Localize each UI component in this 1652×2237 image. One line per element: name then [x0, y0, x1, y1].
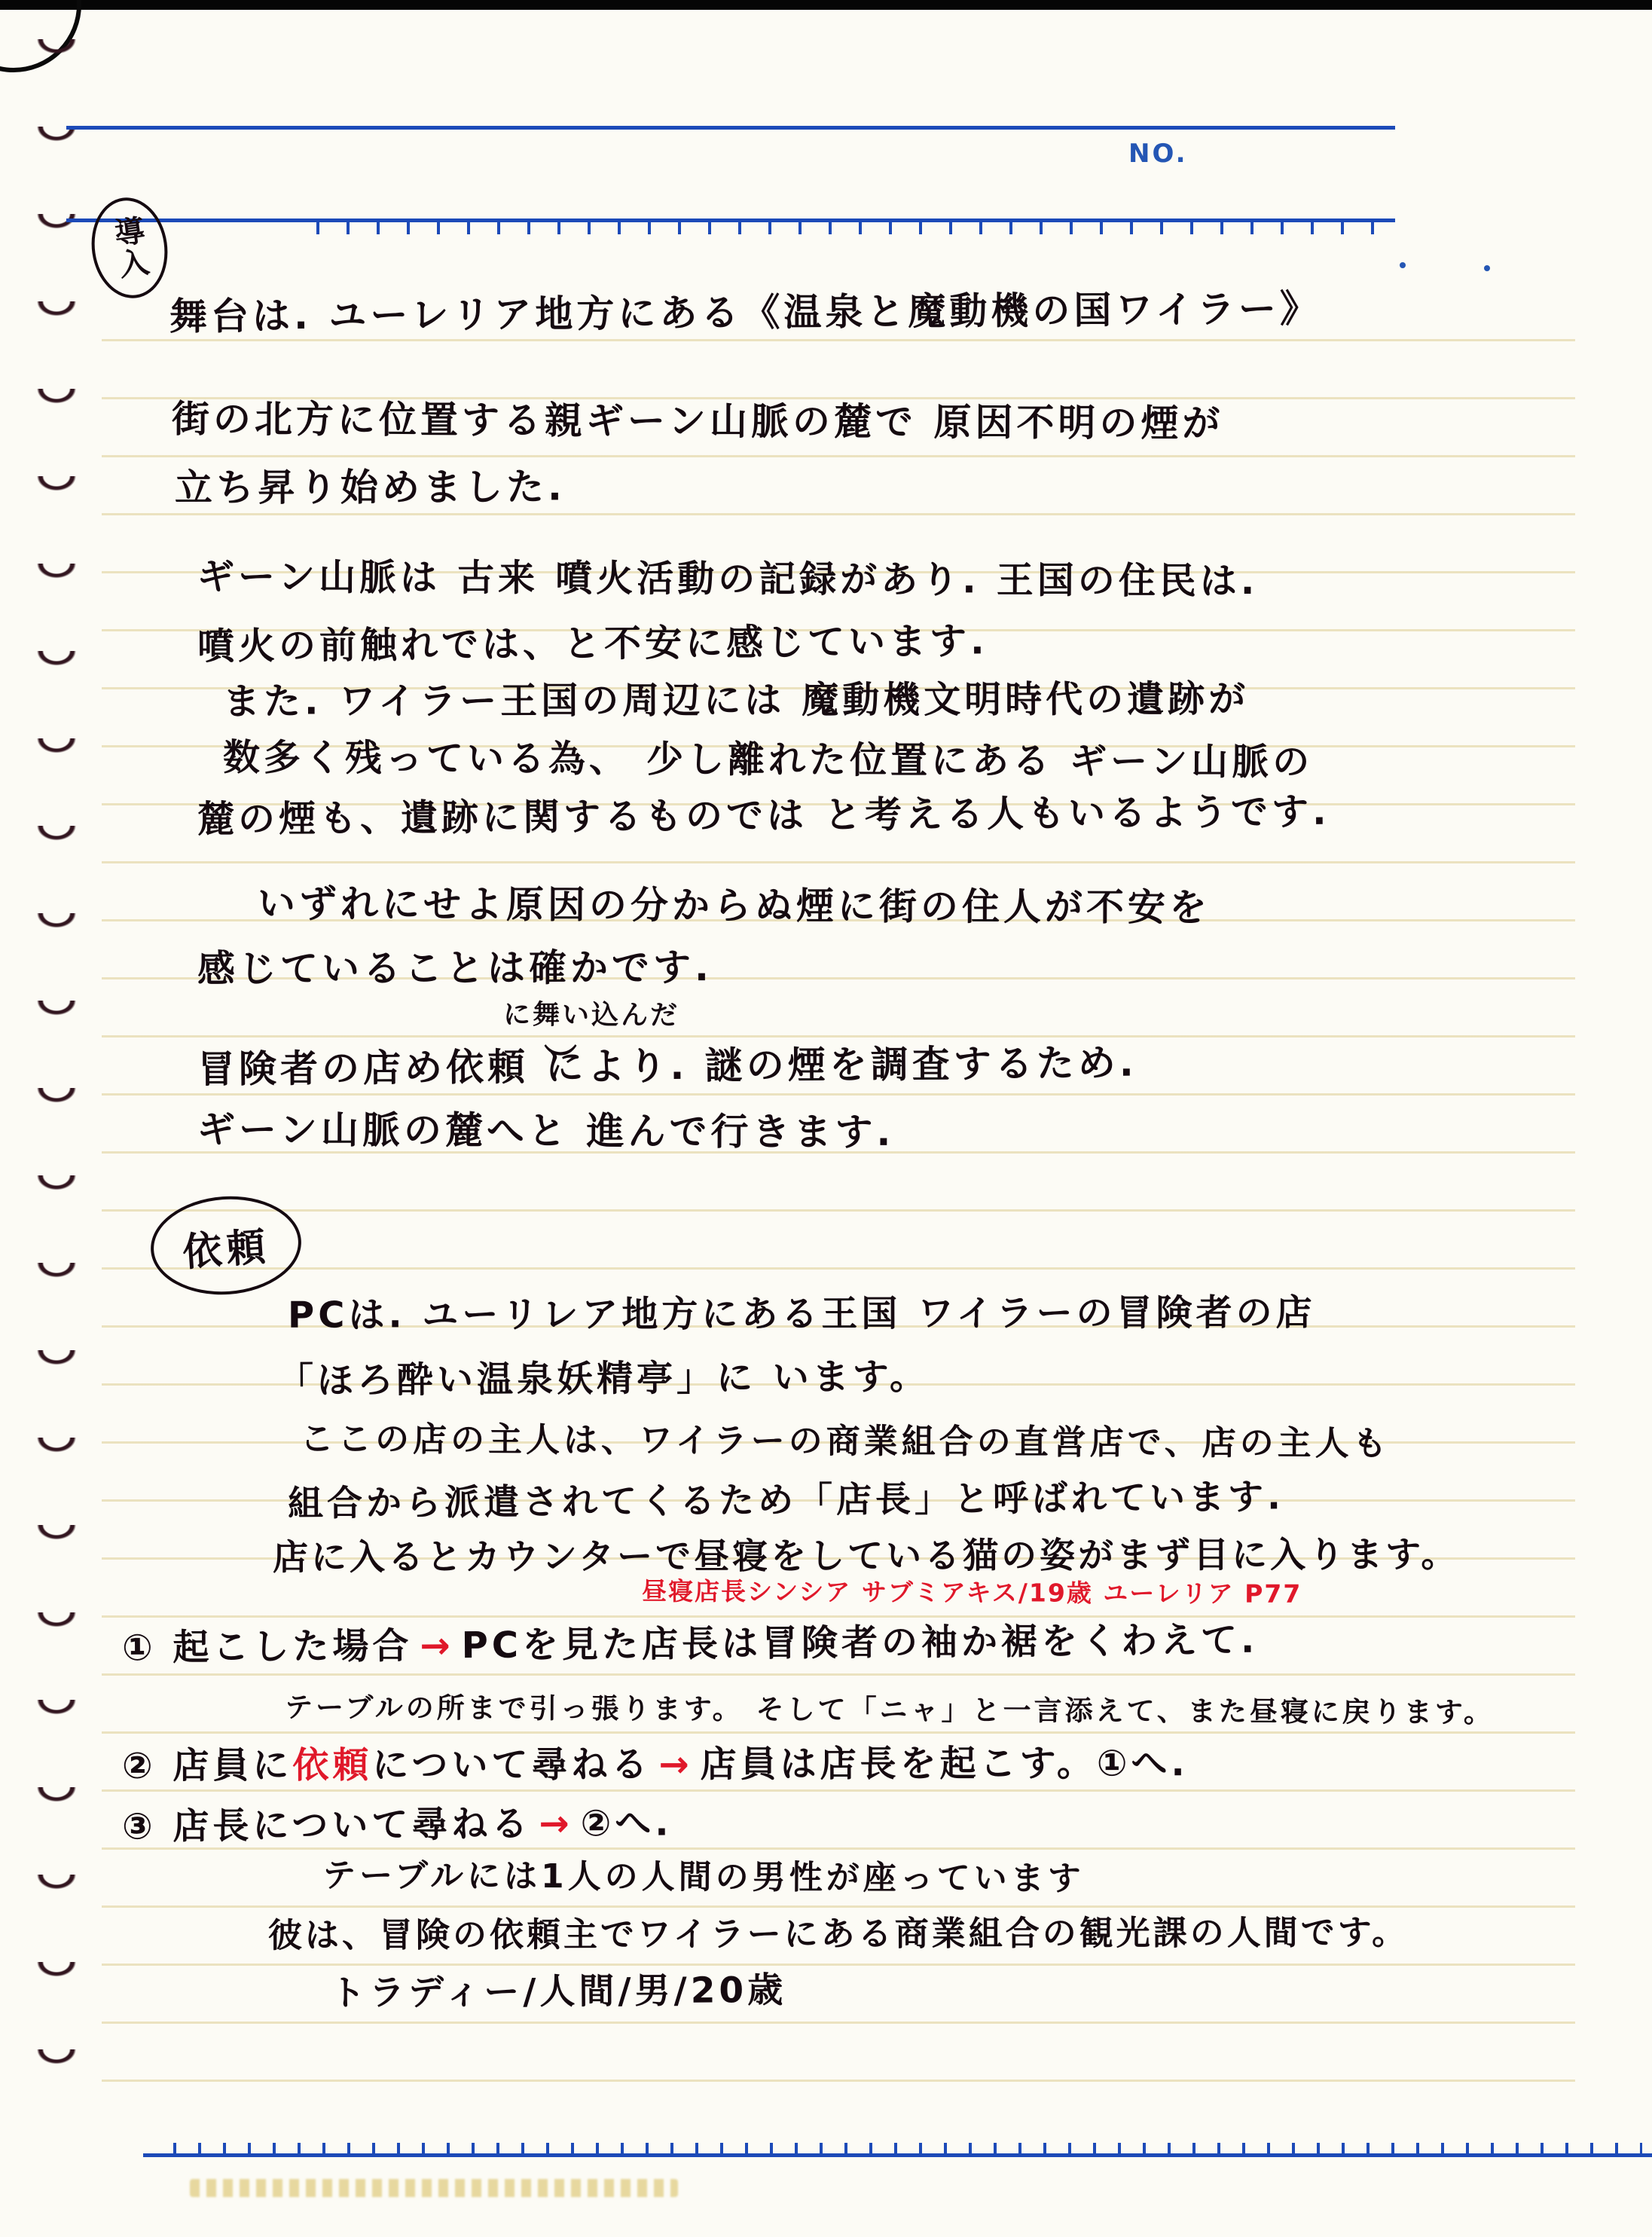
- note-line: トラディー/人間/男/20歳: [330, 1971, 787, 2013]
- step-red-word: 依頼: [292, 1744, 372, 1786]
- note-line: PCは. ユーリレア地方にある王国 ワイラーの冒険者の店: [288, 1293, 1316, 1335]
- no-label: NO.: [1128, 139, 1188, 169]
- note-line: いずれにせよ原因の分からぬ煙に街の住人が不安を: [258, 883, 1211, 929]
- rule-tick-marks: [316, 222, 1395, 234]
- note-step: ② 店員に依頼について尋ねる→店員は店長を起こす。①へ.: [122, 1743, 1189, 1786]
- spiral-binding-marks: [21, 39, 92, 2104]
- note-step-sub: テーブルの所まで引っ張ります。 そして「ニャ」と一言添えて、また昼寝に戻ります。: [285, 1692, 1495, 1728]
- step-text: 店員は店長を起こす。①へ.: [701, 1742, 1189, 1786]
- note-line: 感じていることは確かです.: [197, 947, 713, 990]
- note-line: ここの店の主人は、ワイラーの商業組合の直営店で、店の主人も: [300, 1420, 1391, 1462]
- top-rule-line-1: [66, 126, 1395, 130]
- note-line: ギーン山脈の麓へと 進んで行きます.: [197, 1109, 895, 1154]
- intro-heading-circle: 導入: [85, 193, 174, 304]
- request-heading-circle: 依頼: [148, 1191, 305, 1300]
- step-text: ③ 店長について尋ねる: [122, 1803, 532, 1848]
- note-line: 数多く残っている為、 少し離れた位置にある ギーン山脈の: [223, 738, 1313, 783]
- step-text: ② 店員に: [122, 1744, 293, 1787]
- scanned-note-page: { "header": { "no_label": "NO." }, "colo…: [0, 0, 1652, 2237]
- note-line: 彼は、冒険の依頼主でワイラーにある商業組合の観光課の人間です。: [268, 1914, 1409, 1954]
- note-line: 舞台は. ユーレリア地方にある《温泉と魔動機の国ワイラー》: [169, 289, 1321, 338]
- note-step: ① 起こした場合→PCを見た店長は冒険者の袖か裾をくわえて.: [122, 1621, 1259, 1668]
- note-line: 麓の煙も、遺跡に関するものでは と考える人もいるようです.: [197, 792, 1330, 840]
- request-heading-label: 依頼: [181, 1215, 272, 1277]
- note-step: ③ 店長について尋ねる→②へ.: [122, 1803, 673, 1847]
- red-annotation: 昼寝店長シンシア サブミアキス/19歳 ユーレリア P77: [642, 1578, 1302, 1608]
- top-rule-line-2: [66, 219, 1395, 222]
- step-text: について尋ねる: [372, 1743, 651, 1786]
- note-line: 「ほろ酔い温泉妖精亭」に います。: [277, 1357, 930, 1401]
- ink-dot: [1400, 262, 1406, 268]
- red-arrow-icon: →: [412, 1624, 462, 1667]
- step-text: ②へ.: [580, 1802, 672, 1844]
- note-line: また. ワイラー王国の周辺には 魔動機文明時代の遺跡が: [223, 679, 1249, 722]
- insertion-note: に舞い込んだ: [503, 1000, 679, 1031]
- note-line: 立ち昇り始めました.: [175, 466, 566, 509]
- intro-heading-label: 導入: [104, 213, 155, 282]
- ink-dot: [1484, 265, 1490, 271]
- step-text: ① 起こした場合: [122, 1625, 413, 1670]
- bottom-rule-line: [143, 2153, 1652, 2157]
- rule-tick-marks: [173, 2143, 1642, 2153]
- note-line: ギーン山脈は 古来 噴火活動の記録があり. 王国の住民は.: [197, 557, 1259, 602]
- note-line: 組合から派遣されてくるため「店長」と呼ばれています.: [288, 1478, 1284, 1523]
- scan-edge-top: [0, 0, 1652, 10]
- note-line: 店に入るとカウンターで昼寝をしている猫の姿がまず目に入ります。: [273, 1536, 1459, 1578]
- red-arrow-icon: →: [651, 1743, 700, 1786]
- note-line: 冒険者の店め依頼 により. 謎の煙を調査するため.: [197, 1043, 1137, 1091]
- note-line: テーブルには1人の人間の男性が座っています: [322, 1858, 1085, 1898]
- red-arrow-icon: →: [531, 1802, 581, 1844]
- note-line: 噴火の前触れでは、と不安に感じています.: [197, 621, 988, 667]
- footer-faint-print: [190, 2179, 678, 2197]
- note-line: 街の北方に位置する親ギーン山脈の麓で 原因不明の煙が: [172, 399, 1224, 445]
- step-text: PCを見た店長は冒険者の袖か裾をくわえて.: [461, 1619, 1258, 1667]
